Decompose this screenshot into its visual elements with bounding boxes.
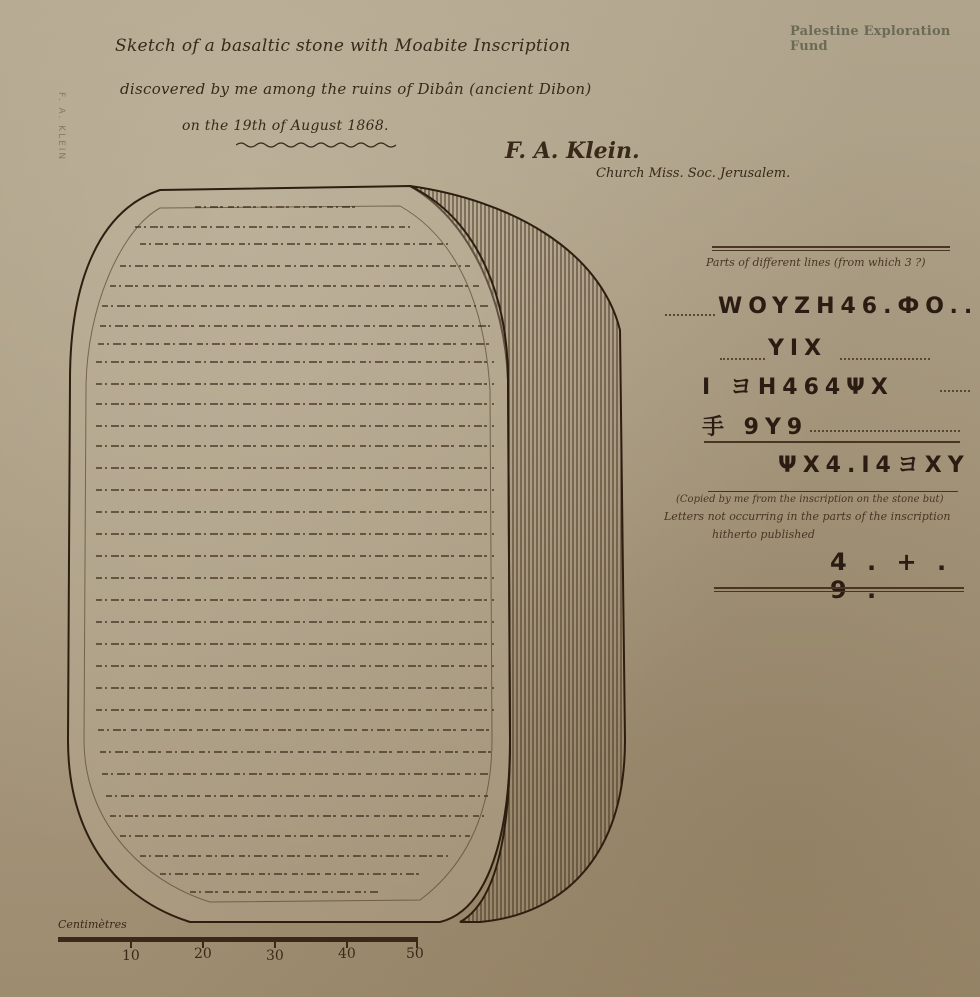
scale-number: 20	[194, 946, 212, 962]
moabite-line-1: WOYZH46.ФO..	[718, 294, 978, 319]
dotted-leader	[665, 314, 715, 316]
panel-top-rule	[712, 246, 950, 251]
title-line-3: on the 19th of August 1868.	[182, 118, 389, 134]
dotted-leader	[940, 390, 970, 392]
dotted-leader	[720, 358, 765, 360]
note-line-3: hitherto published	[712, 528, 815, 541]
affiliation: Church Miss. Soc. Jerusalem.	[596, 166, 790, 181]
moabite-line-3: I ヨH464ΨX	[702, 370, 894, 401]
extra-letters: 4 . + . 9 .	[830, 548, 980, 604]
note-line-2: Letters not occurring in the parts of th…	[664, 510, 950, 523]
panel-note-rule	[708, 491, 958, 492]
archive-stamp: Palestine Exploration Fund	[790, 24, 980, 54]
scale-number: 10	[122, 948, 140, 964]
dotted-leader	[840, 358, 930, 360]
title-line-2: discovered by me among the ruins of Dibâ…	[120, 80, 592, 98]
moabite-line-2: YIX	[768, 336, 827, 361]
moabite-line-4: 手 9Y9	[702, 410, 808, 441]
note-line-1: (Copied by me from the inscription on th…	[676, 494, 943, 505]
stone-drawing	[40, 180, 640, 930]
dotted-leader	[810, 430, 960, 432]
scale-number: 50	[406, 946, 424, 962]
wavy-underline	[236, 141, 402, 149]
signature: F. A. Klein.	[505, 138, 640, 164]
scale-number: 40	[338, 946, 356, 962]
scale-tick	[274, 938, 276, 948]
moabite-line-5: ΨX4.I4ヨXY	[778, 448, 970, 479]
side-stamp: F. A. KLEIN	[56, 92, 66, 161]
panel-bottom-rule	[714, 587, 964, 592]
panel-heading: Parts of different lines (from which 3 ?…	[706, 256, 926, 269]
scale-bar	[58, 937, 418, 942]
panel-mid-rule	[704, 441, 960, 443]
scale-tick	[130, 938, 132, 948]
scale-number: 30	[266, 948, 284, 964]
title-line-1: Sketch of a basaltic stone with Moabite …	[115, 36, 571, 56]
scale-label: Centimètres	[58, 918, 127, 931]
